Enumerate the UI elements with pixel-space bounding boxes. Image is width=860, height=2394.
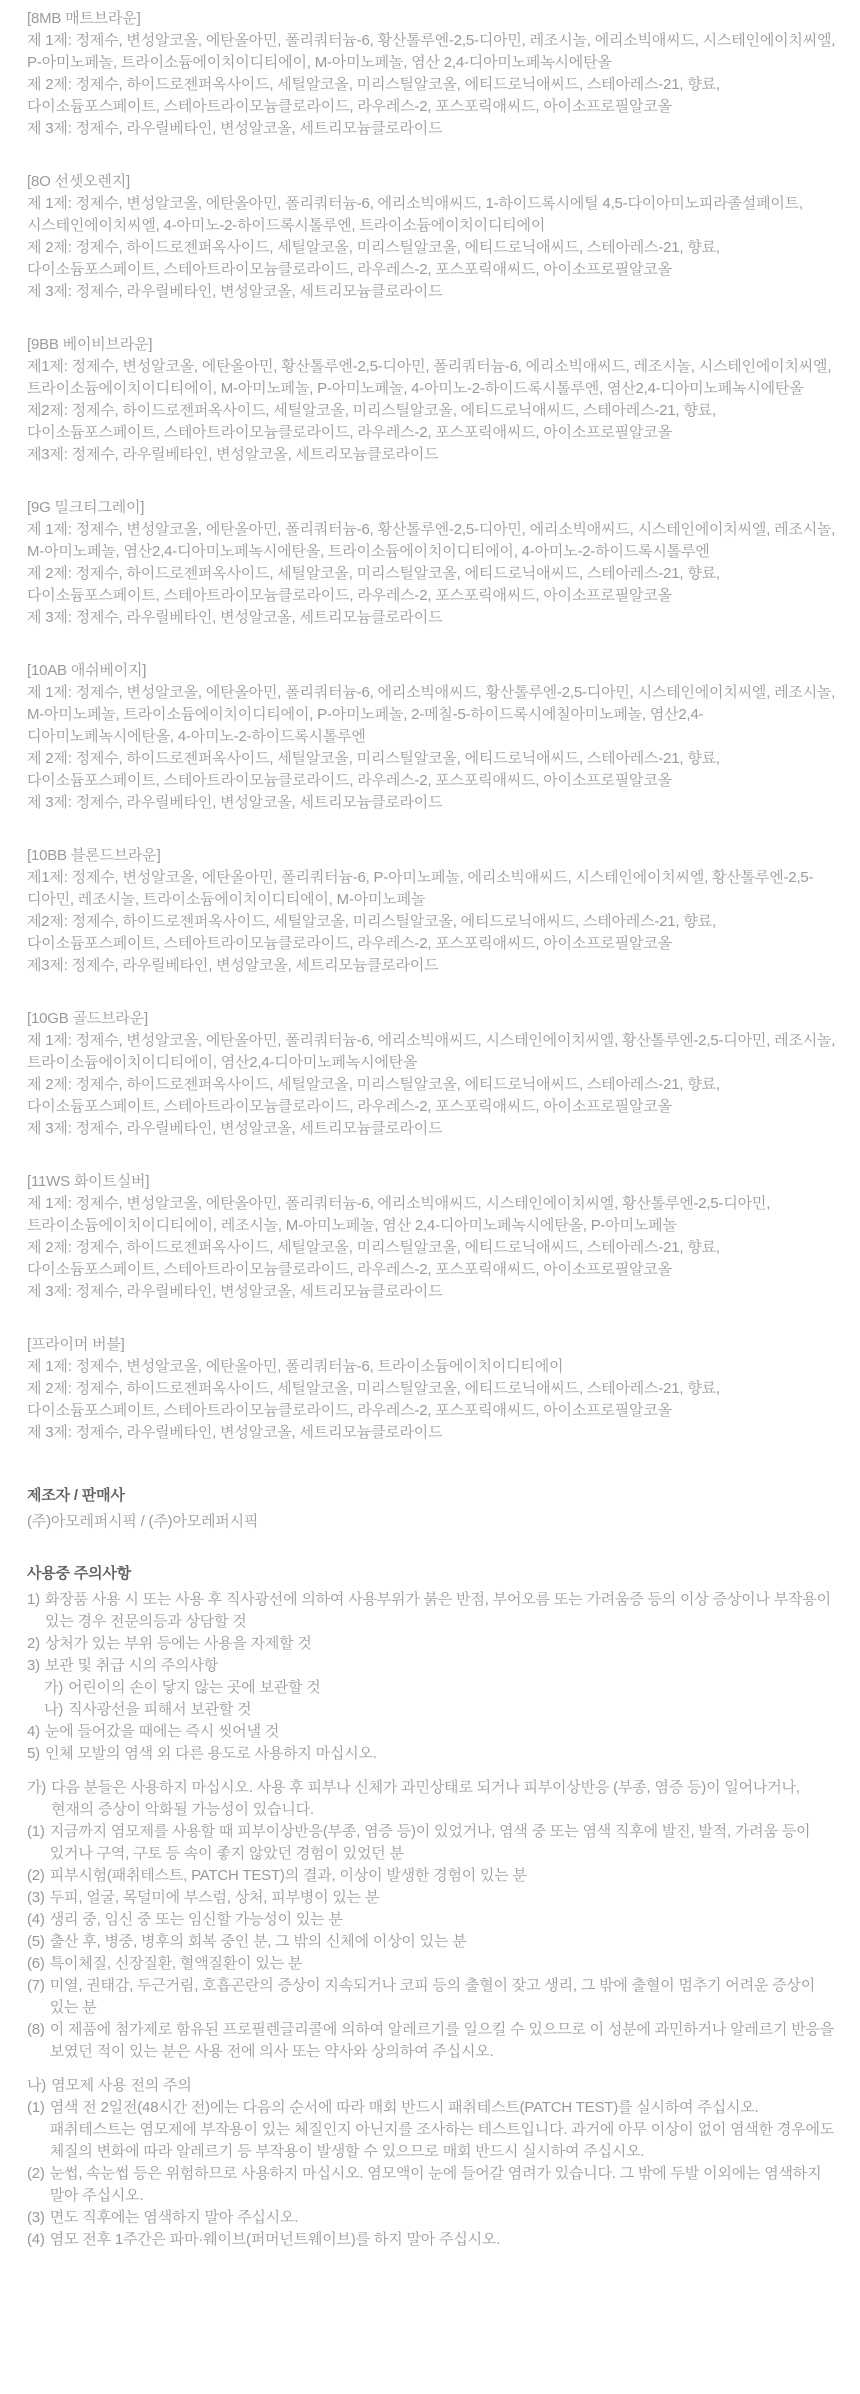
caution-item-marker: (4) — [27, 2229, 45, 2251]
caution-item-marker: (1) — [27, 1821, 45, 1865]
caution-item-text: 이 제품에 첨가제로 함유된 프로필렌글리콜에 의하여 알레르기를 일으킬 수 … — [50, 2019, 836, 2063]
product-title: [9BB 베이비브라운] — [27, 334, 836, 356]
product-title: [9G 밀크티그레이] — [27, 497, 836, 519]
ingredient-paragraph-2: 제 2제: 정제수, 하이드로젠퍼옥사이드, 세틸알코올, 미리스틸알코올, 에… — [27, 1378, 836, 1422]
caution-item-marker: (6) — [27, 1953, 45, 1975]
caution-item-2: 2) 상처가 있는 부위 등에는 사용을 자제할 것 — [27, 1633, 836, 1655]
do-not-use-item-2: (2) 피부시험(패취테스트, PATCH TEST)의 결과, 이상이 발생한… — [27, 1865, 836, 1887]
caution-item-marker: (5) — [27, 1931, 45, 1953]
caution-item-marker: 4) — [27, 1721, 40, 1743]
caution-item-5: 5) 인체 모발의 염색 외 다른 용도로 사용하지 마십시오. — [27, 1743, 836, 1765]
before-use-item-3: (3) 면도 직후에는 염색하지 말아 주십시오. — [27, 2207, 836, 2229]
caution-subitem-na: 나) 직사광선을 피해서 보관할 것 — [44, 1699, 836, 1721]
product-title: [8O 선셋오렌지] — [27, 171, 836, 193]
caution-item-marker: (3) — [27, 1887, 45, 1909]
caution-item-4: 4) 눈에 들어갔을 때에는 즉시 씻어낼 것 — [27, 1721, 836, 1743]
caution-item-text: 특이체질, 신장질환, 혈액질환이 있는 분 — [50, 1953, 836, 1975]
do-not-use-block: 가) 다음 분들은 사용하지 마십시오. 사용 후 피부나 신체가 과민상태로 … — [27, 1777, 836, 2063]
caution-item-text: 상처가 있는 부위 등에는 사용을 자제할 것 — [45, 1633, 836, 1655]
caution-item-text: 미열, 권태감, 두근거림, 호흡곤란의 증상이 지속되거나 코피 등의 출혈이… — [50, 1975, 836, 2019]
before-use-intro: 나) 염모제 사용 전의 주의 — [27, 2075, 836, 2097]
ingredient-paragraph-1: 제 1제: 정제수, 변성알코올, 에탄올아민, 폴리쿼터늄-6, 황산톨루엔-… — [27, 30, 836, 74]
manufacturer-value: (주)아모레퍼시픽 / (주)아모레퍼시픽 — [27, 1511, 836, 1533]
ingredient-paragraph-1: 제 1제: 정제수, 변성알코올, 에탄올아민, 폴리쿼터늄-6, 트라이소듐에… — [27, 1356, 836, 1378]
ingredient-paragraph-3: 제 3제: 정제수, 라우릴베타인, 변성알코올, 세트리모늄클로라이드 — [27, 118, 836, 140]
product-section-9bb: [9BB 베이비브라운] 제1제: 정제수, 변성알코올, 에탄올아민, 황산톨… — [27, 334, 836, 466]
product-section-10bb: [10BB 블론드브라운] 제1제: 정제수, 변성알코올, 에탄올아민, 폴리… — [27, 845, 836, 977]
do-not-use-item-5: (5) 출산 후, 병중, 병후의 회복 중인 분, 그 밖의 신체에 이상이 … — [27, 1931, 836, 1953]
ingredient-paragraph-2: 제 2제: 정제수, 하이드로젠퍼옥사이드, 세틸알코올, 미리스틸알코올, 에… — [27, 237, 836, 281]
ingredient-paragraph-3: 제 3제: 정제수, 라우릴베타인, 변성알코올, 세트리모늄클로라이드 — [27, 607, 836, 629]
ingredient-paragraph-3: 제 3제: 정제수, 라우릴베타인, 변성알코올, 세트리모늄클로라이드 — [27, 792, 836, 814]
ingredient-paragraph-2: 제 2제: 정제수, 하이드로젠퍼옥사이드, 세틸알코올, 미리스틸알코올, 에… — [27, 1074, 836, 1118]
caution-item-text: 염색 전 2일전(48시간 전)에는 다음의 순서에 따라 매회 반드시 패취테… — [50, 2097, 836, 2163]
caution-item-marker: (4) — [27, 1909, 45, 1931]
caution-item-text: 화장품 사용 시 또는 사용 후 직사광선에 의하여 사용부위가 붉은 반점, … — [45, 1589, 836, 1633]
ingredient-paragraph-3: 제3제: 정제수, 라우릴베타인, 변성알코올, 세트리모늄클로라이드 — [27, 955, 836, 977]
caution-item-marker: 가) — [44, 1677, 63, 1699]
ingredient-paragraph-2: 제 2제: 정제수, 하이드로젠퍼옥사이드, 세틸알코올, 미리스틸알코올, 에… — [27, 748, 836, 792]
ingredient-paragraph-1: 제 1제: 정제수, 변성알코올, 에탄올아민, 폴리쿼터늄-6, 에리소빅애씨… — [27, 682, 836, 748]
caution-item-text: 염모제 사용 전의 주의 — [51, 2075, 836, 2097]
do-not-use-item-6: (6) 특이체질, 신장질환, 혈액질환이 있는 분 — [27, 1953, 836, 1975]
caution-item-text: 눈에 들어갔을 때에는 즉시 씻어낼 것 — [45, 1721, 836, 1743]
product-title: [프라이머 버블] — [27, 1334, 836, 1356]
ingredient-paragraph-3: 제 3제: 정제수, 라우릴베타인, 변성알코올, 세트리모늄클로라이드 — [27, 1422, 836, 1444]
ingredient-paragraph-2: 제 2제: 정제수, 하이드로젠퍼옥사이드, 세틸알코올, 미리스틸알코올, 에… — [27, 563, 836, 607]
product-section-10ab: [10AB 애쉬베이지] 제 1제: 정제수, 변성알코올, 에탄올아민, 폴리… — [27, 660, 836, 814]
product-section-8mb: [8MB 매트브라운] 제 1제: 정제수, 변성알코올, 에탄올아민, 폴리쿼… — [27, 8, 836, 140]
caution-item-marker: (2) — [27, 1865, 45, 1887]
caution-item-marker: 나) — [27, 2075, 46, 2097]
cautions-heading: 사용중 주의사항 — [27, 1563, 836, 1585]
caution-item-marker: (1) — [27, 2097, 45, 2163]
caution-item-text: 눈썹, 속눈썹 등은 위험하므로 사용하지 마십시오. 염모액이 눈에 들어갈 … — [50, 2163, 836, 2207]
ingredient-paragraph-1: 제 1제: 정제수, 변성알코올, 에탄올아민, 폴리쿼터늄-6, 황산톨루엔-… — [27, 519, 836, 563]
ingredient-paragraph-3: 제 3제: 정제수, 라우릴베타인, 변성알코올, 세트리모늄클로라이드 — [27, 1281, 836, 1303]
before-use-item-4: (4) 염모 전후 1주간은 파마·웨이브(퍼머넌트웨이브)를 하지 말아 주십… — [27, 2229, 836, 2251]
before-use-item-1: (1) 염색 전 2일전(48시간 전)에는 다음의 순서에 따라 매회 반드시… — [27, 2097, 836, 2163]
ingredient-paragraph-1: 제 1제: 정제수, 변성알코올, 에탄올아민, 폴리쿼터늄-6, 에리소빅애씨… — [27, 1030, 836, 1074]
do-not-use-item-7: (7) 미열, 권태감, 두근거림, 호흡곤란의 증상이 지속되거나 코피 등의… — [27, 1975, 836, 2019]
product-title: [10BB 블론드브라운] — [27, 845, 836, 867]
caution-item-text: 생리 중, 임신 중 또는 임신할 가능성이 있는 분 — [50, 1909, 836, 1931]
product-section-primer-bubble: [프라이머 버블] 제 1제: 정제수, 변성알코올, 에탄올아민, 폴리쿼터늄… — [27, 1334, 836, 1444]
ingredient-paragraph-1: 제 1제: 정제수, 변성알코올, 에탄올아민, 폴리쿼터늄-6, 에리소빅애씨… — [27, 1193, 836, 1237]
ingredient-paragraph-2: 제2제: 정제수, 하이드로젠퍼옥사이드, 세틸알코올, 미리스틸알코올, 에티… — [27, 911, 836, 955]
product-section-10gb: [10GB 골드브라운] 제 1제: 정제수, 변성알코올, 에탄올아민, 폴리… — [27, 1008, 836, 1140]
ingredient-paragraph-3: 제 3제: 정제수, 라우릴베타인, 변성알코올, 세트리모늄클로라이드 — [27, 1118, 836, 1140]
caution-item-marker: 가) — [27, 1777, 46, 1821]
product-section-8o: [8O 선셋오렌지] 제 1제: 정제수, 변성알코올, 에탄올아민, 폴리쿼터… — [27, 171, 836, 303]
ingredient-paragraph-2: 제2제: 정제수, 하이드로젠퍼옥사이드, 세틸알코올, 미리스틸알코올, 에티… — [27, 400, 836, 444]
do-not-use-intro: 가) 다음 분들은 사용하지 마십시오. 사용 후 피부나 신체가 과민상태로 … — [27, 1777, 836, 1821]
before-use-block: 나) 염모제 사용 전의 주의 (1) 염색 전 2일전(48시간 전)에는 다… — [27, 2075, 836, 2251]
caution-item-marker: (2) — [27, 2163, 45, 2207]
product-title: [10GB 골드브라운] — [27, 1008, 836, 1030]
product-info-page: [8MB 매트브라운] 제 1제: 정제수, 변성알코올, 에탄올아민, 폴리쿼… — [0, 0, 860, 2281]
caution-item-marker: 5) — [27, 1743, 40, 1765]
caution-item-text: 인체 모발의 염색 외 다른 용도로 사용하지 마십시오. — [45, 1743, 836, 1765]
caution-subitem-ga: 가) 어린이의 손이 닿지 않는 곳에 보관할 것 — [44, 1677, 836, 1699]
caution-item-text: 염모 전후 1주간은 파마·웨이브(퍼머넌트웨이브)를 하지 말아 주십시오. — [50, 2229, 836, 2251]
ingredient-paragraph-2: 제 2제: 정제수, 하이드로젠퍼옥사이드, 세틸알코올, 미리스틸알코올, 에… — [27, 1237, 836, 1281]
do-not-use-item-3: (3) 두피, 얼굴, 목덜미에 부스럼, 상처, 피부병이 있는 분 — [27, 1887, 836, 1909]
manufacturer-heading: 제조자 / 판매사 — [27, 1485, 836, 1507]
caution-item-1: 1) 화장품 사용 시 또는 사용 후 직사광선에 의하여 사용부위가 붉은 반… — [27, 1589, 836, 1633]
do-not-use-item-1: (1) 지금까지 염모제를 사용할 때 피부이상반응(부종, 염증 등)이 있었… — [27, 1821, 836, 1865]
caution-item-marker: 나) — [44, 1699, 63, 1721]
caution-item-3: 3) 보관 및 취급 시의 주의사항 — [27, 1655, 836, 1677]
caution-item-text: 면도 직후에는 염색하지 말아 주십시오. — [50, 2207, 836, 2229]
manufacturer-section: 제조자 / 판매사 (주)아모레퍼시픽 / (주)아모레퍼시픽 — [27, 1485, 836, 1533]
product-title: [11WS 화이트실버] — [27, 1171, 836, 1193]
caution-item-marker: 1) — [27, 1589, 40, 1633]
ingredient-paragraph-1: 제1제: 정제수, 변성알코올, 에탄올아민, 황산톨루엔-2,5-디아민, 폴… — [27, 356, 836, 400]
before-use-item-2: (2) 눈썹, 속눈썹 등은 위험하므로 사용하지 마십시오. 염모액이 눈에 … — [27, 2163, 836, 2207]
caution-item-marker: 3) — [27, 1655, 40, 1677]
caution-item-text: 보관 및 취급 시의 주의사항 — [45, 1655, 836, 1677]
caution-item-text: 어린이의 손이 닿지 않는 곳에 보관할 것 — [68, 1677, 836, 1699]
caution-item-marker: (7) — [27, 1975, 45, 2019]
ingredient-paragraph-2: 제 2제: 정제수, 하이드로젠퍼옥사이드, 세틸알코올, 미리스틸알코올, 에… — [27, 74, 836, 118]
product-title: [10AB 애쉬베이지] — [27, 660, 836, 682]
caution-item-marker: (3) — [27, 2207, 45, 2229]
do-not-use-item-8: (8) 이 제품에 첨가제로 함유된 프로필렌글리콜에 의하여 알레르기를 일으… — [27, 2019, 836, 2063]
caution-item-marker: 2) — [27, 1633, 40, 1655]
caution-item-text: 다음 분들은 사용하지 마십시오. 사용 후 피부나 신체가 과민상태로 되거나… — [51, 1777, 836, 1821]
ingredient-paragraph-1: 제1제: 정제수, 변성알코올, 에탄올아민, 폴리쿼터늄-6, P-아미노페놀… — [27, 867, 836, 911]
caution-item-marker: (8) — [27, 2019, 45, 2063]
ingredient-paragraph-1: 제 1제: 정제수, 변성알코올, 에탄올아민, 폴리쿼터늄-6, 에리소빅애씨… — [27, 193, 836, 237]
product-title: [8MB 매트브라운] — [27, 8, 836, 30]
caution-item-text: 직사광선을 피해서 보관할 것 — [68, 1699, 836, 1721]
product-section-11ws: [11WS 화이트실버] 제 1제: 정제수, 변성알코올, 에탄올아민, 폴리… — [27, 1171, 836, 1303]
caution-item-text: 지금까지 염모제를 사용할 때 피부이상반응(부종, 염증 등)이 있었거나, … — [50, 1821, 836, 1865]
caution-item-text: 출산 후, 병중, 병후의 회복 중인 분, 그 밖의 신체에 이상이 있는 분 — [50, 1931, 836, 1953]
product-section-9g: [9G 밀크티그레이] 제 1제: 정제수, 변성알코올, 에탄올아민, 폴리쿼… — [27, 497, 836, 629]
ingredient-paragraph-3: 제 3제: 정제수, 라우릴베타인, 변성알코올, 세트리모늄클로라이드 — [27, 281, 836, 303]
storage-sub-items: 가) 어린이의 손이 닿지 않는 곳에 보관할 것 나) 직사광선을 피해서 보… — [44, 1677, 836, 1721]
cautions-section: 사용중 주의사항 1) 화장품 사용 시 또는 사용 후 직사광선에 의하여 사… — [27, 1563, 836, 2251]
caution-item-text: 피부시험(패취테스트, PATCH TEST)의 결과, 이상이 발생한 경험이… — [50, 1865, 836, 1887]
ingredient-paragraph-3: 제3제: 정제수, 라우릴베타인, 변성알코올, 세트리모늄클로라이드 — [27, 444, 836, 466]
caution-item-text: 두피, 얼굴, 목덜미에 부스럼, 상처, 피부병이 있는 분 — [50, 1887, 836, 1909]
do-not-use-item-4: (4) 생리 중, 임신 중 또는 임신할 가능성이 있는 분 — [27, 1909, 836, 1931]
